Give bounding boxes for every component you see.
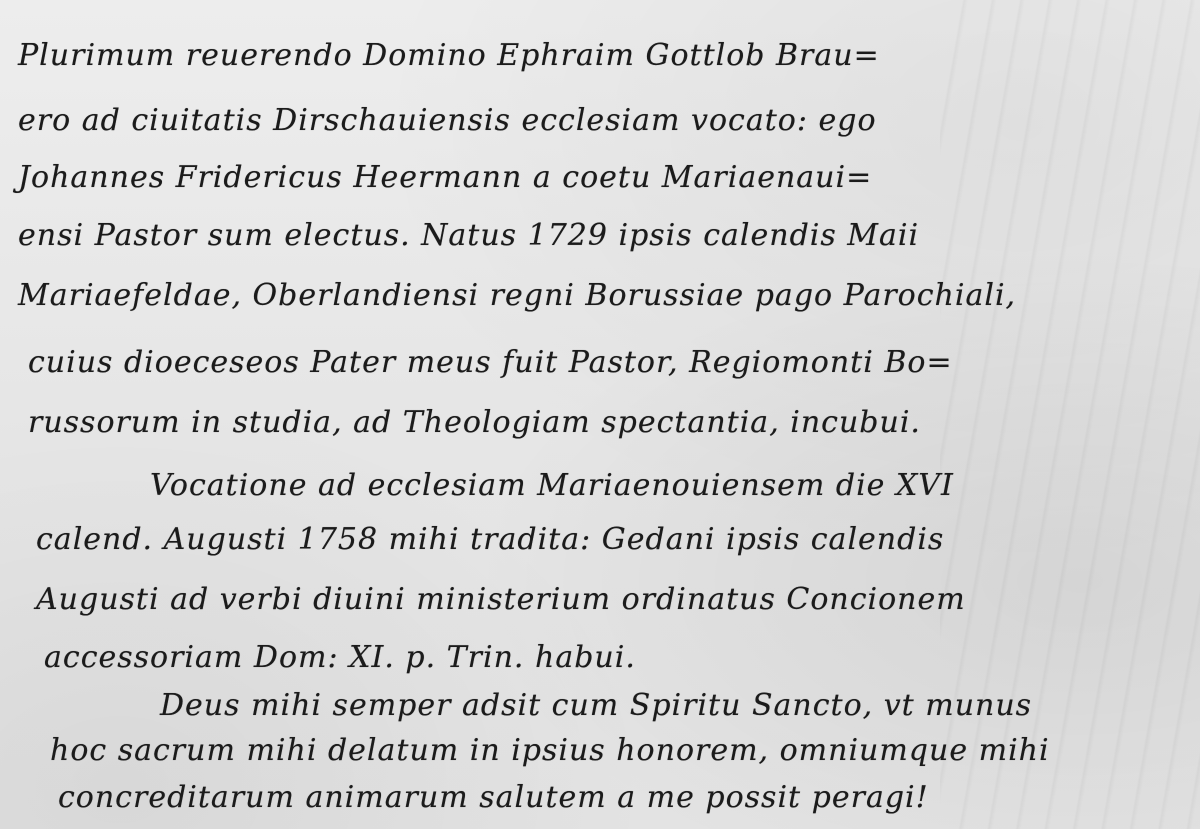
manuscript-line: Johannes Fridericus Heermann a coetu Mar… [18, 160, 872, 195]
manuscript-line: russorum in studia, ad Theologiam specta… [28, 405, 921, 440]
manuscript-line: Deus mihi semper adsit cum Spiritu Sanct… [160, 688, 1032, 723]
manuscript-line: Vocatione ad ecclesiam Mariaenouiensem d… [150, 468, 954, 503]
manuscript-line: cuius dioeceseos Pater meus fuit Pastor,… [28, 345, 953, 380]
manuscript-line: Plurimum reuerendo Domino Ephraim Gottlo… [18, 38, 880, 73]
manuscript-line: ero ad ciuitatis Dirschauiensis ecclesia… [18, 103, 877, 138]
manuscript-page: Plurimum reuerendo Domino Ephraim Gottlo… [0, 0, 1200, 829]
manuscript-line: Augusti ad verbi diuini ministerium ordi… [36, 582, 966, 617]
manuscript-line: Mariaefeldae, Oberlandiensi regni Boruss… [18, 278, 1016, 313]
manuscript-line: ensi Pastor sum electus. Natus 1729 ipsi… [18, 218, 919, 253]
manuscript-line: accessoriam Dom: XI. p. Trin. habui. [44, 640, 636, 675]
manuscript-line: calend. Augusti 1758 mihi tradita: Gedan… [36, 522, 944, 557]
manuscript-line: concreditarum animarum salutem a me poss… [58, 780, 929, 815]
manuscript-line: hoc sacrum mihi delatum in ipsius honore… [50, 733, 1050, 768]
